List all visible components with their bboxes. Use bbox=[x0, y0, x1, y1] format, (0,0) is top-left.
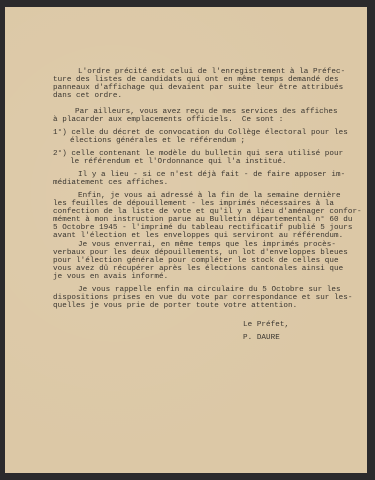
text-line: 5 Octobre 1945 - l'imprimé du tableau re… bbox=[53, 224, 352, 232]
text-line: 2°) celle contenant le modèle du bulleti… bbox=[53, 150, 343, 158]
text-line: Il y a lieu - si ce n'est déjà fait - de… bbox=[78, 171, 345, 179]
text-line: à placarder aux emplacements officiels. … bbox=[53, 116, 283, 124]
text-line: panneaux d'affichage qui devaient par su… bbox=[53, 84, 343, 92]
text-line: pour l'élection générale pour compléter … bbox=[53, 257, 339, 265]
text-line: 1°) celle du décret de convocation du Co… bbox=[53, 129, 348, 137]
signature-name: P. DAURE bbox=[243, 334, 280, 342]
text-line: avant l'élection et les enveloppes qui s… bbox=[53, 232, 343, 240]
text-line: Je vous enverrai, en même temps que les … bbox=[78, 241, 336, 249]
text-line: dans cet ordre. bbox=[53, 92, 122, 100]
text-line: élections générales et le référendum ; bbox=[70, 137, 245, 145]
text-line: quelles je vous prie de porter toute vot… bbox=[53, 302, 297, 310]
text-line: ture des listes de candidats qui ont en … bbox=[53, 76, 339, 84]
text-line: L'ordre précité est celui de l'enregistr… bbox=[78, 68, 345, 76]
text-line: Enfin, je vous ai adressé à la fin de la… bbox=[78, 192, 341, 200]
signature-title: Le Préfet, bbox=[243, 321, 289, 329]
text-line: verbaux pour les deux dépouillements, un… bbox=[53, 249, 348, 257]
text-line: médiatement ces affiches. bbox=[53, 179, 168, 187]
text-line: Par ailleurs, vous avez reçu de mes serv… bbox=[75, 108, 338, 116]
text-line: mément à mon instruction parue au Bullet… bbox=[53, 216, 352, 224]
text-line: je vous en avais informé. bbox=[53, 273, 168, 281]
text-line: Je vous rappelle enfin ma circulaire du … bbox=[78, 286, 341, 294]
text-line: le référendum et l'Ordonnance qui l'a in… bbox=[70, 158, 287, 166]
document-page: L'ordre précité est celui de l'enregistr… bbox=[5, 7, 367, 473]
text-line: les feuilles de dépouillement - les impr… bbox=[53, 200, 334, 208]
text-line: confection de la liste de vote et qu'il … bbox=[53, 208, 362, 216]
text-line: dispositions prises en vue du vote par c… bbox=[53, 294, 352, 302]
text-line: vous avez dû récupérer après les électio… bbox=[53, 265, 343, 273]
